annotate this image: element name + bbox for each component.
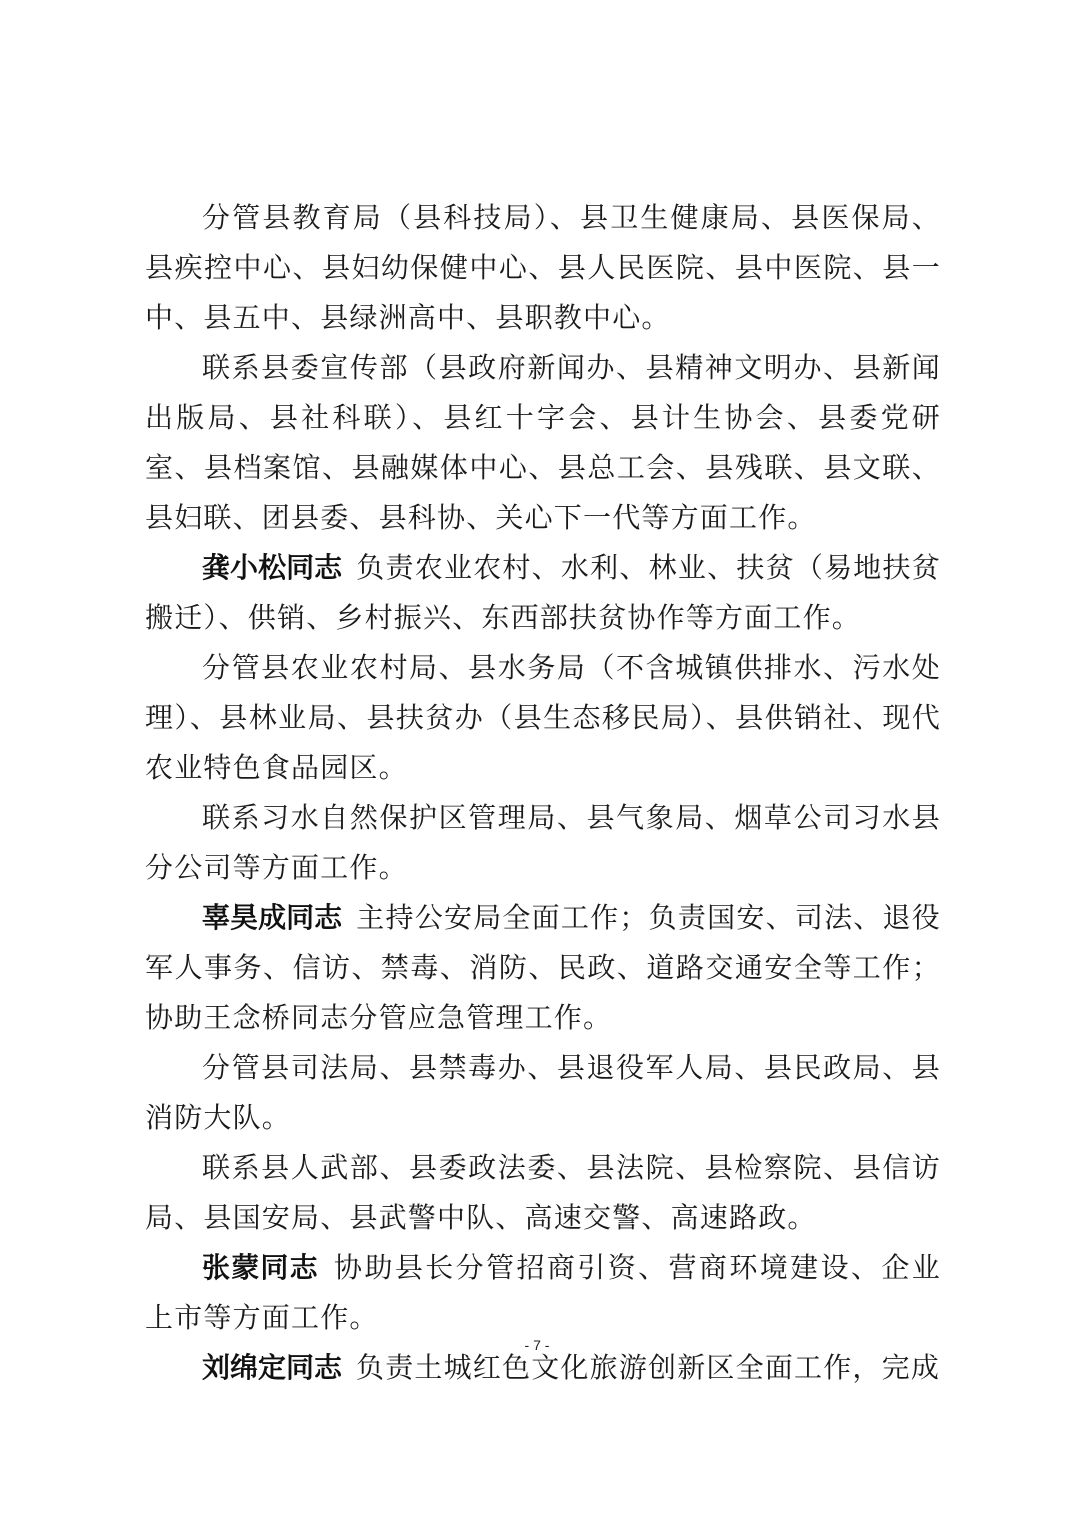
paragraph-official-gu: 辜昊成同志主持公安局全面工作；负责国安、司法、退役军人事务、信访、禁毒、消防、民… bbox=[145, 893, 941, 1043]
paragraph-official-zhang: 张蒙同志协助县长分管招商引资、营商环境建设、企业上市等方面工作。 bbox=[145, 1243, 941, 1343]
paragraph-text: 联系习水自然保护区管理局、县气象局、烟草公司习水县分公司等方面工作。 bbox=[145, 801, 941, 884]
paragraph-education: 分管县教育局（县科技局）、县卫生健康局、县医保局、县疾控中心、县妇幼保健中心、县… bbox=[145, 193, 941, 343]
paragraph-text: 分管县司法局、县禁毒办、县退役军人局、县民政局、县消防大队。 bbox=[145, 1051, 941, 1134]
paragraph-justice: 分管县司法局、县禁毒办、县退役军人局、县民政局、县消防大队。 bbox=[145, 1043, 941, 1143]
paragraph-official-gong: 龚小松同志负责农业农村、水利、林业、扶贫（易地扶贫搬迁）、供销、乡村振兴、东西部… bbox=[145, 543, 941, 643]
paragraph-text: 负责土城红色文化旅游创新区全面工作，完成 bbox=[356, 1351, 940, 1384]
official-name: 龚小松同志 bbox=[202, 551, 342, 584]
official-name: 刘绵定同志 bbox=[202, 1351, 342, 1384]
page-number: - 7 - bbox=[0, 1337, 1074, 1353]
document-body: 分管县教育局（县科技局）、县卫生健康局、县医保局、县疾控中心、县妇幼保健中心、县… bbox=[145, 193, 941, 1393]
official-name: 辜昊成同志 bbox=[202, 901, 342, 934]
paragraph-liaison-armed: 联系县人武部、县委政法委、县法院、县检察院、县信访局、县国安局、县武警中队、高速… bbox=[145, 1143, 941, 1243]
paragraph-liaison-reserve: 联系习水自然保护区管理局、县气象局、烟草公司习水县分公司等方面工作。 bbox=[145, 793, 941, 893]
document-page: 分管县教育局（县科技局）、县卫生健康局、县医保局、县疾控中心、县妇幼保健中心、县… bbox=[0, 0, 1074, 1520]
paragraph-text: 联系县委宣传部（县政府新闻办、县精神文明办、县新闻出版局、县社科联）、县红十字会… bbox=[145, 351, 941, 534]
paragraph-text: 分管县教育局（县科技局）、县卫生健康局、县医保局、县疾控中心、县妇幼保健中心、县… bbox=[145, 201, 941, 334]
paragraph-text: 分管县农业农村局、县水务局（不含城镇供排水、污水处理）、县林业局、县扶贫办（县生… bbox=[145, 651, 941, 784]
official-name: 张蒙同志 bbox=[202, 1251, 319, 1284]
paragraph-liaison-publicity: 联系县委宣传部（县政府新闻办、县精神文明办、县新闻出版局、县社科联）、县红十字会… bbox=[145, 343, 941, 543]
paragraph-text: 联系县人武部、县委政法委、县法院、县检察院、县信访局、县国安局、县武警中队、高速… bbox=[145, 1151, 941, 1234]
paragraph-agriculture: 分管县农业农村局、县水务局（不含城镇供排水、污水处理）、县林业局、县扶贫办（县生… bbox=[145, 643, 941, 793]
